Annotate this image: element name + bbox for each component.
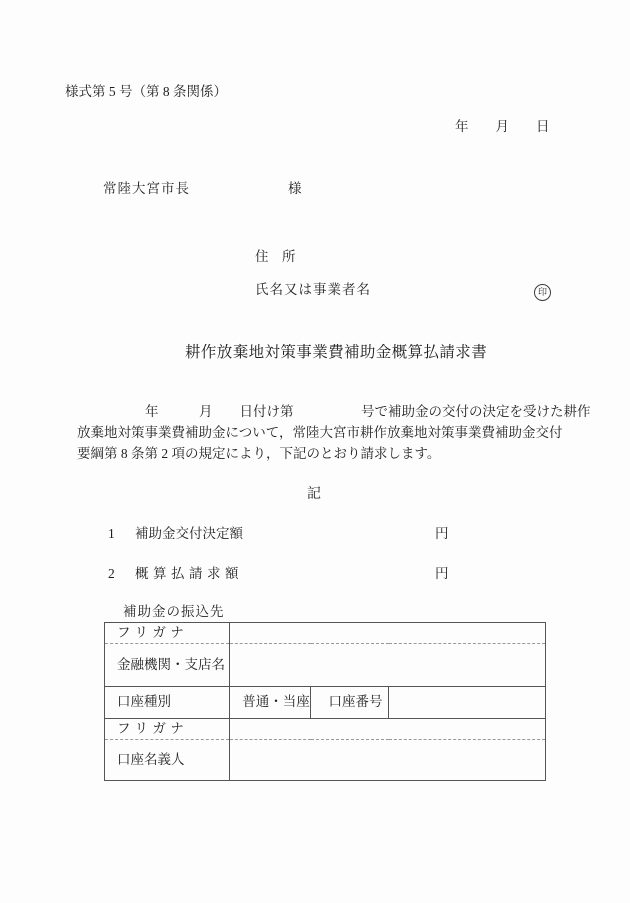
addressee-name: 常陸大宮市長	[103, 181, 190, 198]
account-holder-value-cell	[230, 740, 546, 781]
record-mark: 記	[307, 486, 321, 504]
body-line: 放棄地対策事業費補助金について，常陸大宮市耕作放棄地対策事業費補助金交付	[77, 425, 562, 442]
table-row: フリガナ	[105, 623, 546, 644]
account-number-value-cell	[389, 687, 546, 719]
table-row: 口座種別 普通・当座 口座番号	[105, 687, 546, 719]
furigana-value-cell	[230, 719, 546, 740]
document-title: 耕作放棄地対策事業費補助金概算払請求書	[185, 343, 487, 362]
account-number-label-cell: 口座番号	[311, 687, 389, 719]
item-number: 2	[108, 566, 115, 583]
furigana-value-cell	[230, 623, 546, 644]
sender-address-label: 住 所	[255, 249, 296, 266]
table-row: フリガナ	[105, 719, 546, 740]
item-number: 1	[108, 526, 115, 543]
furigana-label-cell: フリガナ	[105, 623, 230, 644]
item-unit-yen: 円	[435, 526, 449, 543]
body-line: 要綱第 8 条第 2 項の規定により，下記のとおり請求します。	[77, 446, 440, 463]
item-label-advance-payment-amount: 概算払請求額	[135, 566, 243, 583]
seal-mark: 印	[534, 284, 551, 301]
sender-name-label: 氏名又は事業者名	[255, 282, 371, 299]
date-line: 年 月 日	[455, 119, 550, 136]
bank-branch-label-cell: 金融機関・支店名	[105, 644, 230, 687]
form-number: 様式第 5 号（第 8 条関係）	[65, 84, 227, 101]
table-row: 金融機関・支店名	[105, 644, 546, 687]
item-unit-yen: 円	[435, 566, 449, 583]
furigana-label-cell: フリガナ	[105, 719, 230, 740]
account-type-options-cell: 普通・当座	[230, 687, 311, 719]
item-label-grant-decision-amount: 補助金交付決定額	[135, 526, 243, 543]
transfer-table: フリガナ 金融機関・支店名 口座種別 普通・当座 口座番号 フリガナ 口座名義人	[104, 622, 546, 781]
table-row: 口座名義人	[105, 740, 546, 781]
account-holder-label-cell: 口座名義人	[105, 740, 230, 781]
addressee-honorific: 様	[288, 181, 302, 198]
document-page: 様式第 5 号（第 8 条関係） 年 月 日 常陸大宮市長 様 住 所 氏名又は…	[0, 0, 630, 903]
account-type-label-cell: 口座種別	[105, 687, 230, 719]
body-line: 年 月 日付け第 号で補助金の交付の決定を受けた耕作	[145, 404, 591, 421]
transfer-section-heading: 補助金の振込先	[123, 604, 225, 621]
bank-branch-value-cell	[230, 644, 546, 687]
